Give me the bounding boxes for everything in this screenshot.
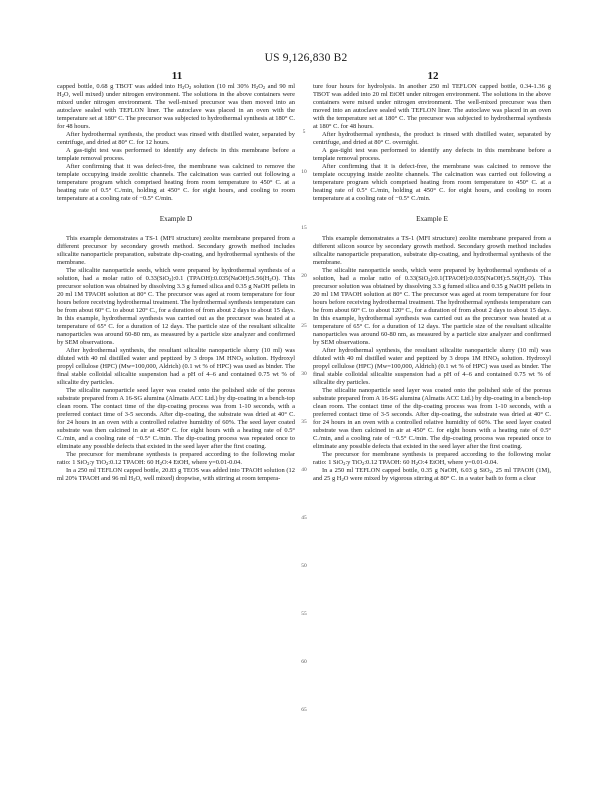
paragraph: A gas-tight test was performed to identi… xyxy=(313,147,551,163)
line-number: 25 xyxy=(296,323,312,329)
paragraph: The silicalite nanoparticle seed layer w… xyxy=(313,387,551,451)
line-number: 20 xyxy=(296,273,312,279)
paragraph: The silicalite nanoparticle seeds, which… xyxy=(57,267,295,347)
text-column-right: ture four hours for hydrolysis. In anoth… xyxy=(313,83,551,483)
paragraph: This example demonstrates a TS-1 (MFI st… xyxy=(313,235,551,267)
line-number: 10 xyxy=(296,169,312,175)
paragraph: After confirming that it is defect-free,… xyxy=(313,163,551,203)
paragraph: After hydrothermal synthesis, the produc… xyxy=(57,131,295,147)
paragraph: The silicalite nanoparticle seed layer w… xyxy=(57,387,295,451)
text-column-left: capped bottle, 0.68 g TBOT was added int… xyxy=(57,83,295,483)
paragraph: After confirming that it was defect-free… xyxy=(57,163,295,203)
line-number: 15 xyxy=(296,225,312,231)
paragraph: A gas-tight test was performed to identi… xyxy=(57,147,295,163)
paragraph: capped bottle, 0.68 g TBOT was added int… xyxy=(57,83,295,131)
column-number-left: 11 xyxy=(57,70,297,82)
paragraph: The precursor for membrane synthesis is … xyxy=(57,451,295,467)
paragraph: This example demonstrates a TS-1 (MFI st… xyxy=(57,235,295,267)
example-heading: Example E xyxy=(313,215,551,223)
line-number: 50 xyxy=(296,563,312,569)
paragraph: The precursor for membrane synthesis is … xyxy=(313,451,551,467)
example-heading: Example D xyxy=(57,215,295,223)
paragraph: After hydrothermal synthesis, the produc… xyxy=(313,131,551,147)
line-number: 65 xyxy=(296,707,312,713)
paragraph: The silicalite nanoparticle seeds, which… xyxy=(313,267,551,347)
paragraph: ture four hours for hydrolysis. In anoth… xyxy=(313,83,551,131)
line-number: 45 xyxy=(296,515,312,521)
line-number: 30 xyxy=(296,371,312,377)
paragraph: After hydrothermal synthesis, the result… xyxy=(57,347,295,387)
column-number-right: 12 xyxy=(313,70,553,82)
line-number: 55 xyxy=(296,611,312,617)
line-number: 40 xyxy=(296,467,312,473)
patent-number-header: US 9,126,830 B2 xyxy=(0,52,612,64)
line-number: 35 xyxy=(296,419,312,425)
paragraph: In a 250 ml TEFLON capped bottle, 0.35 g… xyxy=(313,467,551,483)
line-number: 60 xyxy=(296,659,312,665)
line-number: 5 xyxy=(296,129,312,135)
paragraph: In a 250 ml TEFLON capped bottle, 20.83 … xyxy=(57,467,295,483)
paragraph: After hydrothermal synthesis, the result… xyxy=(313,347,551,387)
